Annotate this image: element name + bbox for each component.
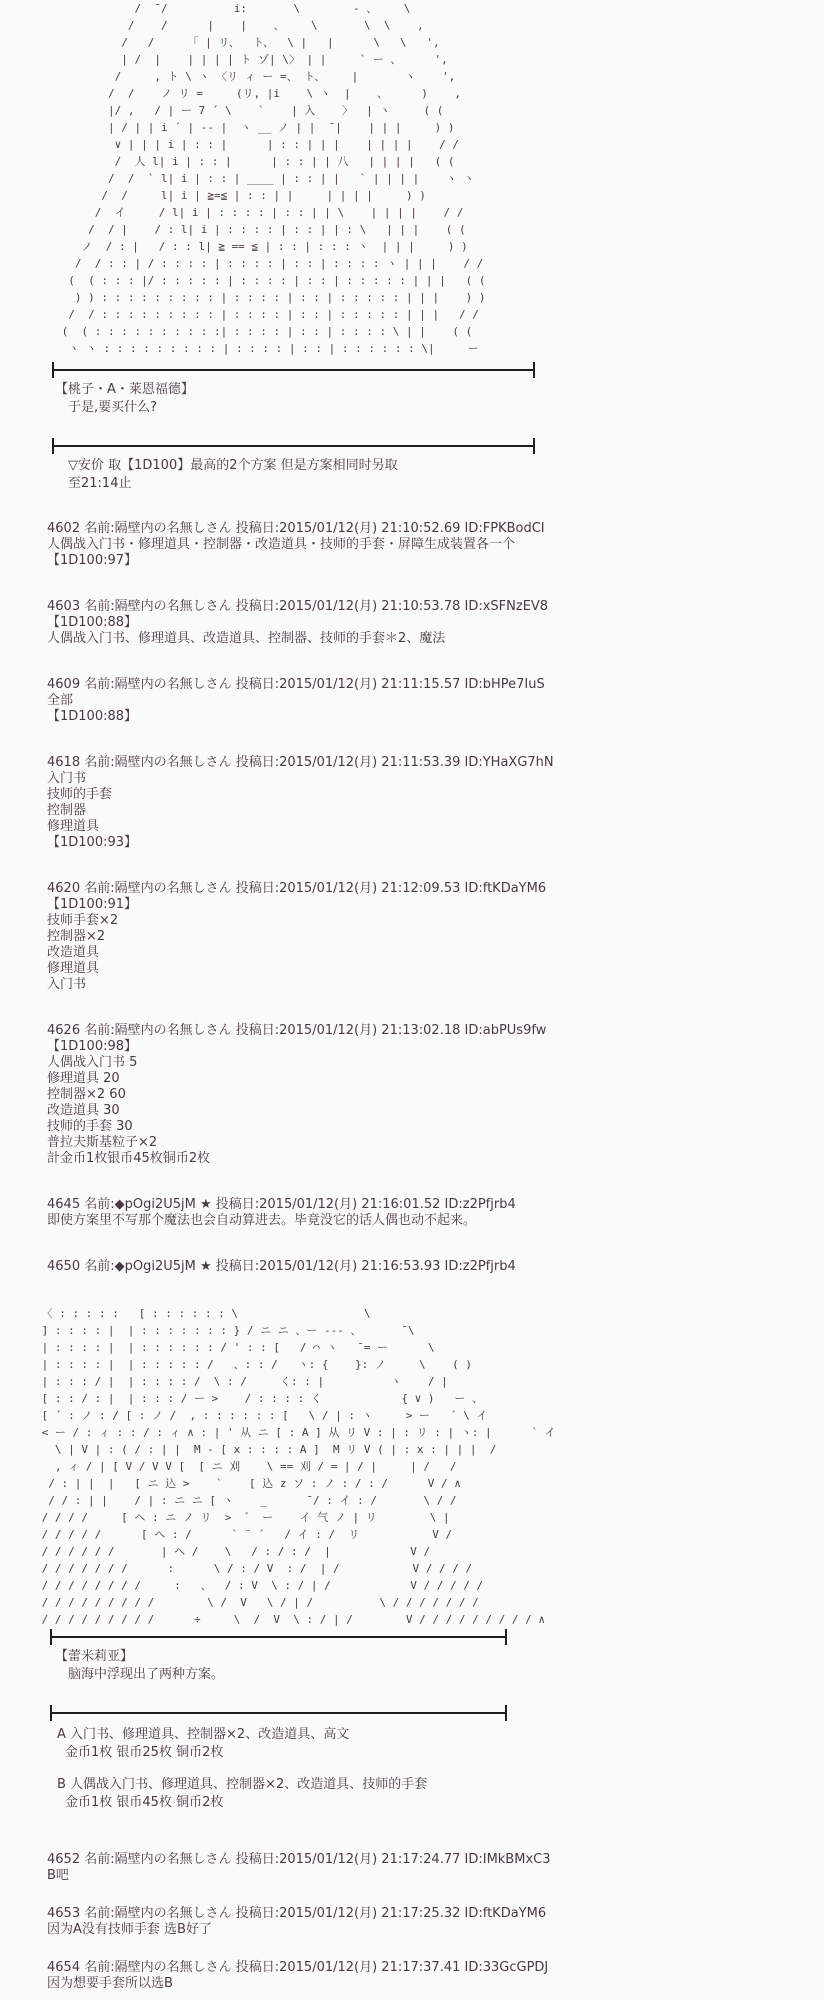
post-4602: 4602 名前:隔壁内の名無しさん 投稿日:2015/01/12(月) 21:1… — [47, 521, 824, 569]
post-4618: 4618 名前:隔壁内の名無しさん 投稿日:2015/01/12(月) 21:1… — [47, 755, 824, 851]
post-line: 人偶战入门书 5 — [47, 1055, 824, 1071]
post-header: 4654 名前:隔壁内の名無しさん 投稿日:2015/01/12(月) 21:1… — [47, 1960, 824, 1976]
post-line: 入门书 — [47, 771, 824, 787]
post-line: 即使方案里不写那个魔法也会自动算进去。毕竟没它的话人偶也动不起来。 — [47, 1213, 824, 1229]
post-header: 4650 名前:◆pOgi2U5jM ★ 投稿日:2015/01/12(月) 2… — [47, 1259, 824, 1275]
option-a-cost: 金币1枚 银币25枚 铜币2枚 — [65, 1744, 824, 1762]
post-line: 計金币1枚银币45枚铜币2枚 — [47, 1151, 824, 1167]
anka-instruction: ▽安价 取【1D100】最高的2个方案 但是方案相同时另取 至21:14止 — [68, 457, 824, 493]
post-line: 【1D100:98】 — [47, 1039, 824, 1055]
post-line: 修理道具 — [47, 819, 824, 835]
divider-line — [50, 1712, 507, 1714]
post-4609: 4609 名前:隔壁内の名無しさん 投稿日:2015/01/12(月) 21:1… — [47, 677, 824, 725]
divider-line — [52, 369, 535, 371]
plan-options: A 入门书、修理道具、控制器×2、改造道具、高文 金币1枚 银币25枚 铜币2枚… — [57, 1726, 824, 1812]
post-line: 【1D100:88】 — [47, 615, 824, 631]
post-line: 因为想要手套所以选B — [47, 1976, 824, 1992]
post-header: 4645 名前:◆pOgi2U5jM ★ 投稿日:2015/01/12(月) 2… — [47, 1197, 824, 1213]
post-header: 4603 名前:隔壁内の名無しさん 投稿日:2015/01/12(月) 21:1… — [47, 599, 824, 615]
post-list-1: 4602 名前:隔壁内の名無しさん 投稿日:2015/01/12(月) 21:1… — [47, 521, 824, 1275]
option-spacer — [57, 1762, 824, 1776]
post-4650: 4650 名前:◆pOgi2U5jM ★ 投稿日:2015/01/12(月) 2… — [47, 1259, 824, 1275]
post-line: 控制器×2 — [47, 929, 824, 945]
post-list-2: 4652 名前:隔壁内の名無しさん 投稿日:2015/01/12(月) 21:1… — [47, 1852, 824, 1992]
post-line: 技师的手套 30 — [47, 1119, 824, 1135]
post-4654: 4654 名前:隔壁内の名無しさん 投稿日:2015/01/12(月) 21:1… — [47, 1960, 824, 1992]
post-line: 改造道具 30 — [47, 1103, 824, 1119]
post-line: 因为A没有技师手套 选B好了 — [47, 1922, 824, 1938]
speaker-name: 【桃子・A・莱恩福德】 — [55, 381, 824, 399]
post-line: 控制器 — [47, 803, 824, 819]
speech-text: 于是,要买什么? — [68, 399, 824, 417]
thread-page: / ̄ / i: \ - 、 \ / / | | 、 \ \ \ , / / 「… — [0, 0, 824, 2000]
speech-block-remilia: 【蕾米莉亚】 脑海中浮现出了两种方案。 — [55, 1648, 824, 1684]
post-header: 4626 名前:隔壁内の名無しさん 投稿日:2015/01/12(月) 21:1… — [47, 1023, 824, 1039]
speaker-name: 【蕾米莉亚】 — [55, 1648, 824, 1666]
post-line: 修理道具 20 — [47, 1071, 824, 1087]
post-line: 人偶战入门书・修理道具・控制器・改造道具・技师的手套・屏障生成装置各一个 — [47, 537, 824, 553]
speech-block-momoko: 【桃子・A・莱恩福德】 于是,要买什么? — [55, 381, 824, 417]
post-4653: 4653 名前:隔壁内の名無しさん 投稿日:2015/01/12(月) 21:1… — [47, 1906, 824, 1938]
option-b-items: B 人偶战入门书、修理道具、控制器×2、改造道具、技师的手套 — [57, 1776, 824, 1794]
post-4645: 4645 名前:◆pOgi2U5jM ★ 投稿日:2015/01/12(月) 2… — [47, 1197, 824, 1229]
post-header: 4609 名前:隔壁内の名無しさん 投稿日:2015/01/12(月) 21:1… — [47, 677, 824, 693]
post-4626: 4626 名前:隔壁内の名無しさん 投稿日:2015/01/12(月) 21:1… — [47, 1023, 824, 1167]
post-line: 入门书 — [47, 977, 824, 993]
post-line: B吧 — [47, 1868, 824, 1884]
ascii-art-top: / ̄ / i: \ - 、 \ / / | | 、 \ \ \ , / / 「… — [55, 0, 824, 357]
post-4603: 4603 名前:隔壁内の名無しさん 投稿日:2015/01/12(月) 21:1… — [47, 599, 824, 647]
post-header: 4618 名前:隔壁内の名無しさん 投稿日:2015/01/12(月) 21:1… — [47, 755, 824, 771]
post-header: 4652 名前:隔壁内の名無しさん 投稿日:2015/01/12(月) 21:1… — [47, 1852, 824, 1868]
post-line: 【1D100:97】 — [47, 553, 824, 569]
speech-text: 脑海中浮现出了两种方案。 — [68, 1666, 824, 1684]
post-line: 改造道具 — [47, 945, 824, 961]
post-line: 全部 — [47, 693, 824, 709]
post-line: 修理道具 — [47, 961, 824, 977]
divider-line — [50, 1636, 507, 1638]
anka-line-2: 至21:14止 — [68, 475, 824, 493]
anka-line-1: ▽安价 取【1D100】最高的2个方案 但是方案相同时另取 — [68, 457, 824, 475]
post-line: 【1D100:88】 — [47, 709, 824, 725]
divider-line — [52, 445, 535, 447]
post-4652: 4652 名前:隔壁内の名無しさん 投稿日:2015/01/12(月) 21:1… — [47, 1852, 824, 1884]
post-line: 【1D100:93】 — [47, 835, 824, 851]
post-header: 4602 名前:隔壁内の名無しさん 投稿日:2015/01/12(月) 21:1… — [47, 521, 824, 537]
post-header: 4620 名前:隔壁内の名無しさん 投稿日:2015/01/12(月) 21:1… — [47, 881, 824, 897]
option-b-cost: 金币1枚 银币45枚 铜币2枚 — [65, 1794, 824, 1812]
post-line: 控制器×2 60 — [47, 1087, 824, 1103]
post-line: 人偶战入门书、修理道具、改造道具、控制器、技师的手套＊2、魔法 — [47, 631, 824, 647]
option-a-items: A 入门书、修理道具、控制器×2、改造道具、高文 — [57, 1726, 824, 1744]
post-line: 普拉夫斯基粒子×2 — [47, 1135, 824, 1151]
post-line: 技师手套×2 — [47, 913, 824, 929]
post-line: 技师的手套 — [47, 787, 824, 803]
ascii-art-middle: 〈 : : : : : [ : : : : : : \ \ ] : : : : … — [35, 1305, 824, 1628]
post-header: 4653 名前:隔壁内の名無しさん 投稿日:2015/01/12(月) 21:1… — [47, 1906, 824, 1922]
post-4620: 4620 名前:隔壁内の名無しさん 投稿日:2015/01/12(月) 21:1… — [47, 881, 824, 993]
post-line: 【1D100:91】 — [47, 897, 824, 913]
